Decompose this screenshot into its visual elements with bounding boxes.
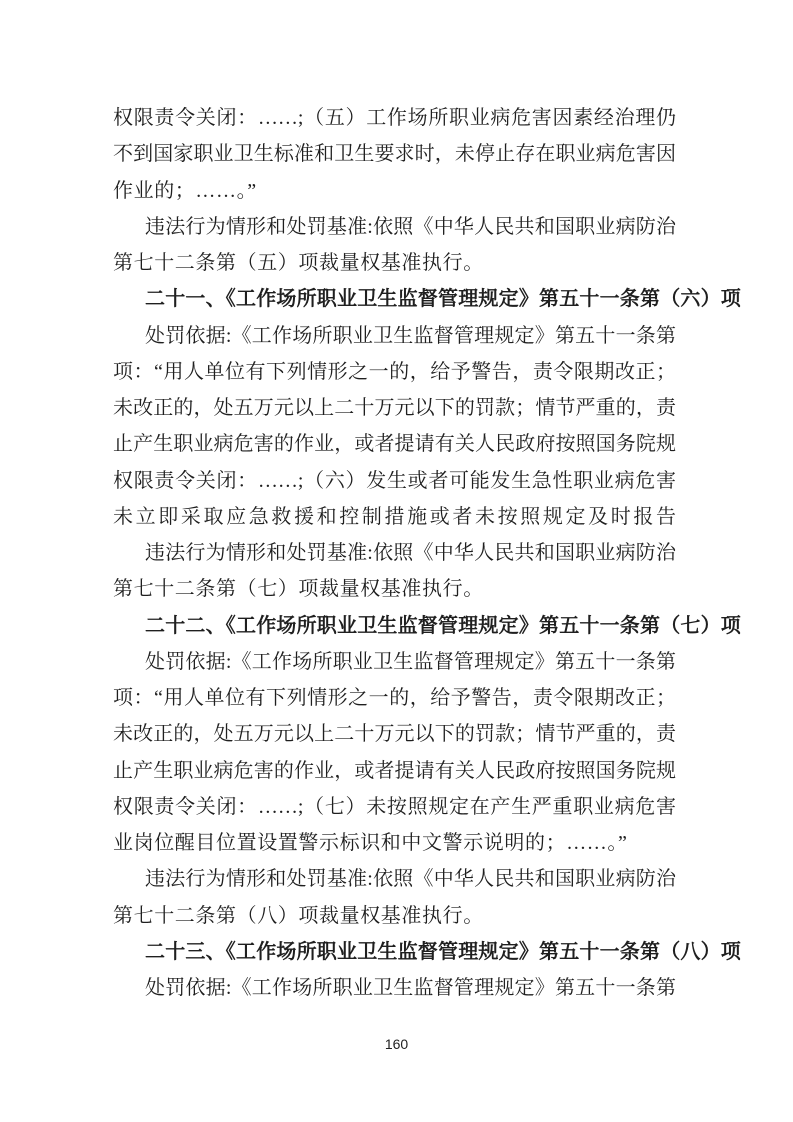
- text-line: 违法行为情形和处罚基准:依照《中华人民共和国职业病防治法》: [113, 209, 676, 245]
- page-number: 160: [0, 1036, 793, 1052]
- section-heading: 二十一、《工作场所职业卫生监督管理规定》第五十一条第（六）项: [113, 281, 676, 317]
- text-line: 未改正的，处五万元以上二十万元以下的罚款；情节严重的，责令停: [113, 390, 676, 426]
- text-line: 项：“用人单位有下列情形之一的，给予警告，责令限期改正；逾期: [113, 680, 676, 716]
- text-line: 第七十二条第（五）项裁量权基准执行。: [113, 245, 676, 281]
- text-line: 止产生职业病危害的作业，或者提请有关人民政府按照国务院规定的: [113, 426, 676, 462]
- text-line: 第七十二条第（七）项裁量权基准执行。: [113, 571, 676, 607]
- text-line: 权限责令关闭：……;（五）工作场所职业病危害因素经治理仍然达: [113, 100, 676, 136]
- text-line: 项：“用人单位有下列情形之一的，给予警告，责令限期改正；逾期: [113, 354, 676, 390]
- document-page: 权限责令关闭：……;（五）工作场所职业病危害因素经治理仍然达不到国家职业卫生标准…: [0, 0, 793, 1122]
- text-line: 止产生职业病危害的作业，或者提请有关人民政府按照国务院规定的: [113, 753, 676, 789]
- text-line: 第七十二条第（八）项裁量权基准执行。: [113, 898, 676, 934]
- text-line: 处罚依据:《工作场所职业卫生监督管理规定》第五十一条第(六): [113, 318, 676, 354]
- text-line: 业岗位醒目位置设置警示标识和中文警示说明的；……。”: [113, 825, 676, 861]
- section-heading: 二十二、《工作场所职业卫生监督管理规定》第五十一条第（七）项: [113, 608, 676, 644]
- text-line: 权限责令关闭：……;（七）未按照规定在产生严重职业病危害的作: [113, 789, 676, 825]
- text-line: 不到国家职业卫生标准和卫生要求时，未停止存在职业病危害因素的: [113, 136, 676, 172]
- text-line: 作业的；……。”: [113, 173, 676, 209]
- text-line: 权限责令关闭：……;（六）发生或者可能发生急性职业病危害事故，: [113, 463, 676, 499]
- text-line: 未改正的，处五万元以上二十万元以下的罚款；情节严重的，责令停: [113, 716, 676, 752]
- section-heading: 二十三、《工作场所职业卫生监督管理规定》第五十一条第（八）项: [113, 934, 676, 970]
- text-block: 权限责令关闭：……;（五）工作场所职业病危害因素经治理仍然达不到国家职业卫生标准…: [113, 100, 676, 1006]
- text-line: 处罚依据:《工作场所职业卫生监督管理规定》第五十一条第(八): [113, 970, 676, 1006]
- text-line: 违法行为情形和处罚基准:依照《中华人民共和国职业病防治法》: [113, 861, 676, 897]
- text-line: 处罚依据:《工作场所职业卫生监督管理规定》第五十一条第(七): [113, 644, 676, 680]
- text-line: 违法行为情形和处罚基准:依照《中华人民共和国职业病防治法》: [113, 535, 676, 571]
- text-line: 未立即采取应急救援和控制措施或者未按照规定及时报告的；……。”: [113, 499, 676, 535]
